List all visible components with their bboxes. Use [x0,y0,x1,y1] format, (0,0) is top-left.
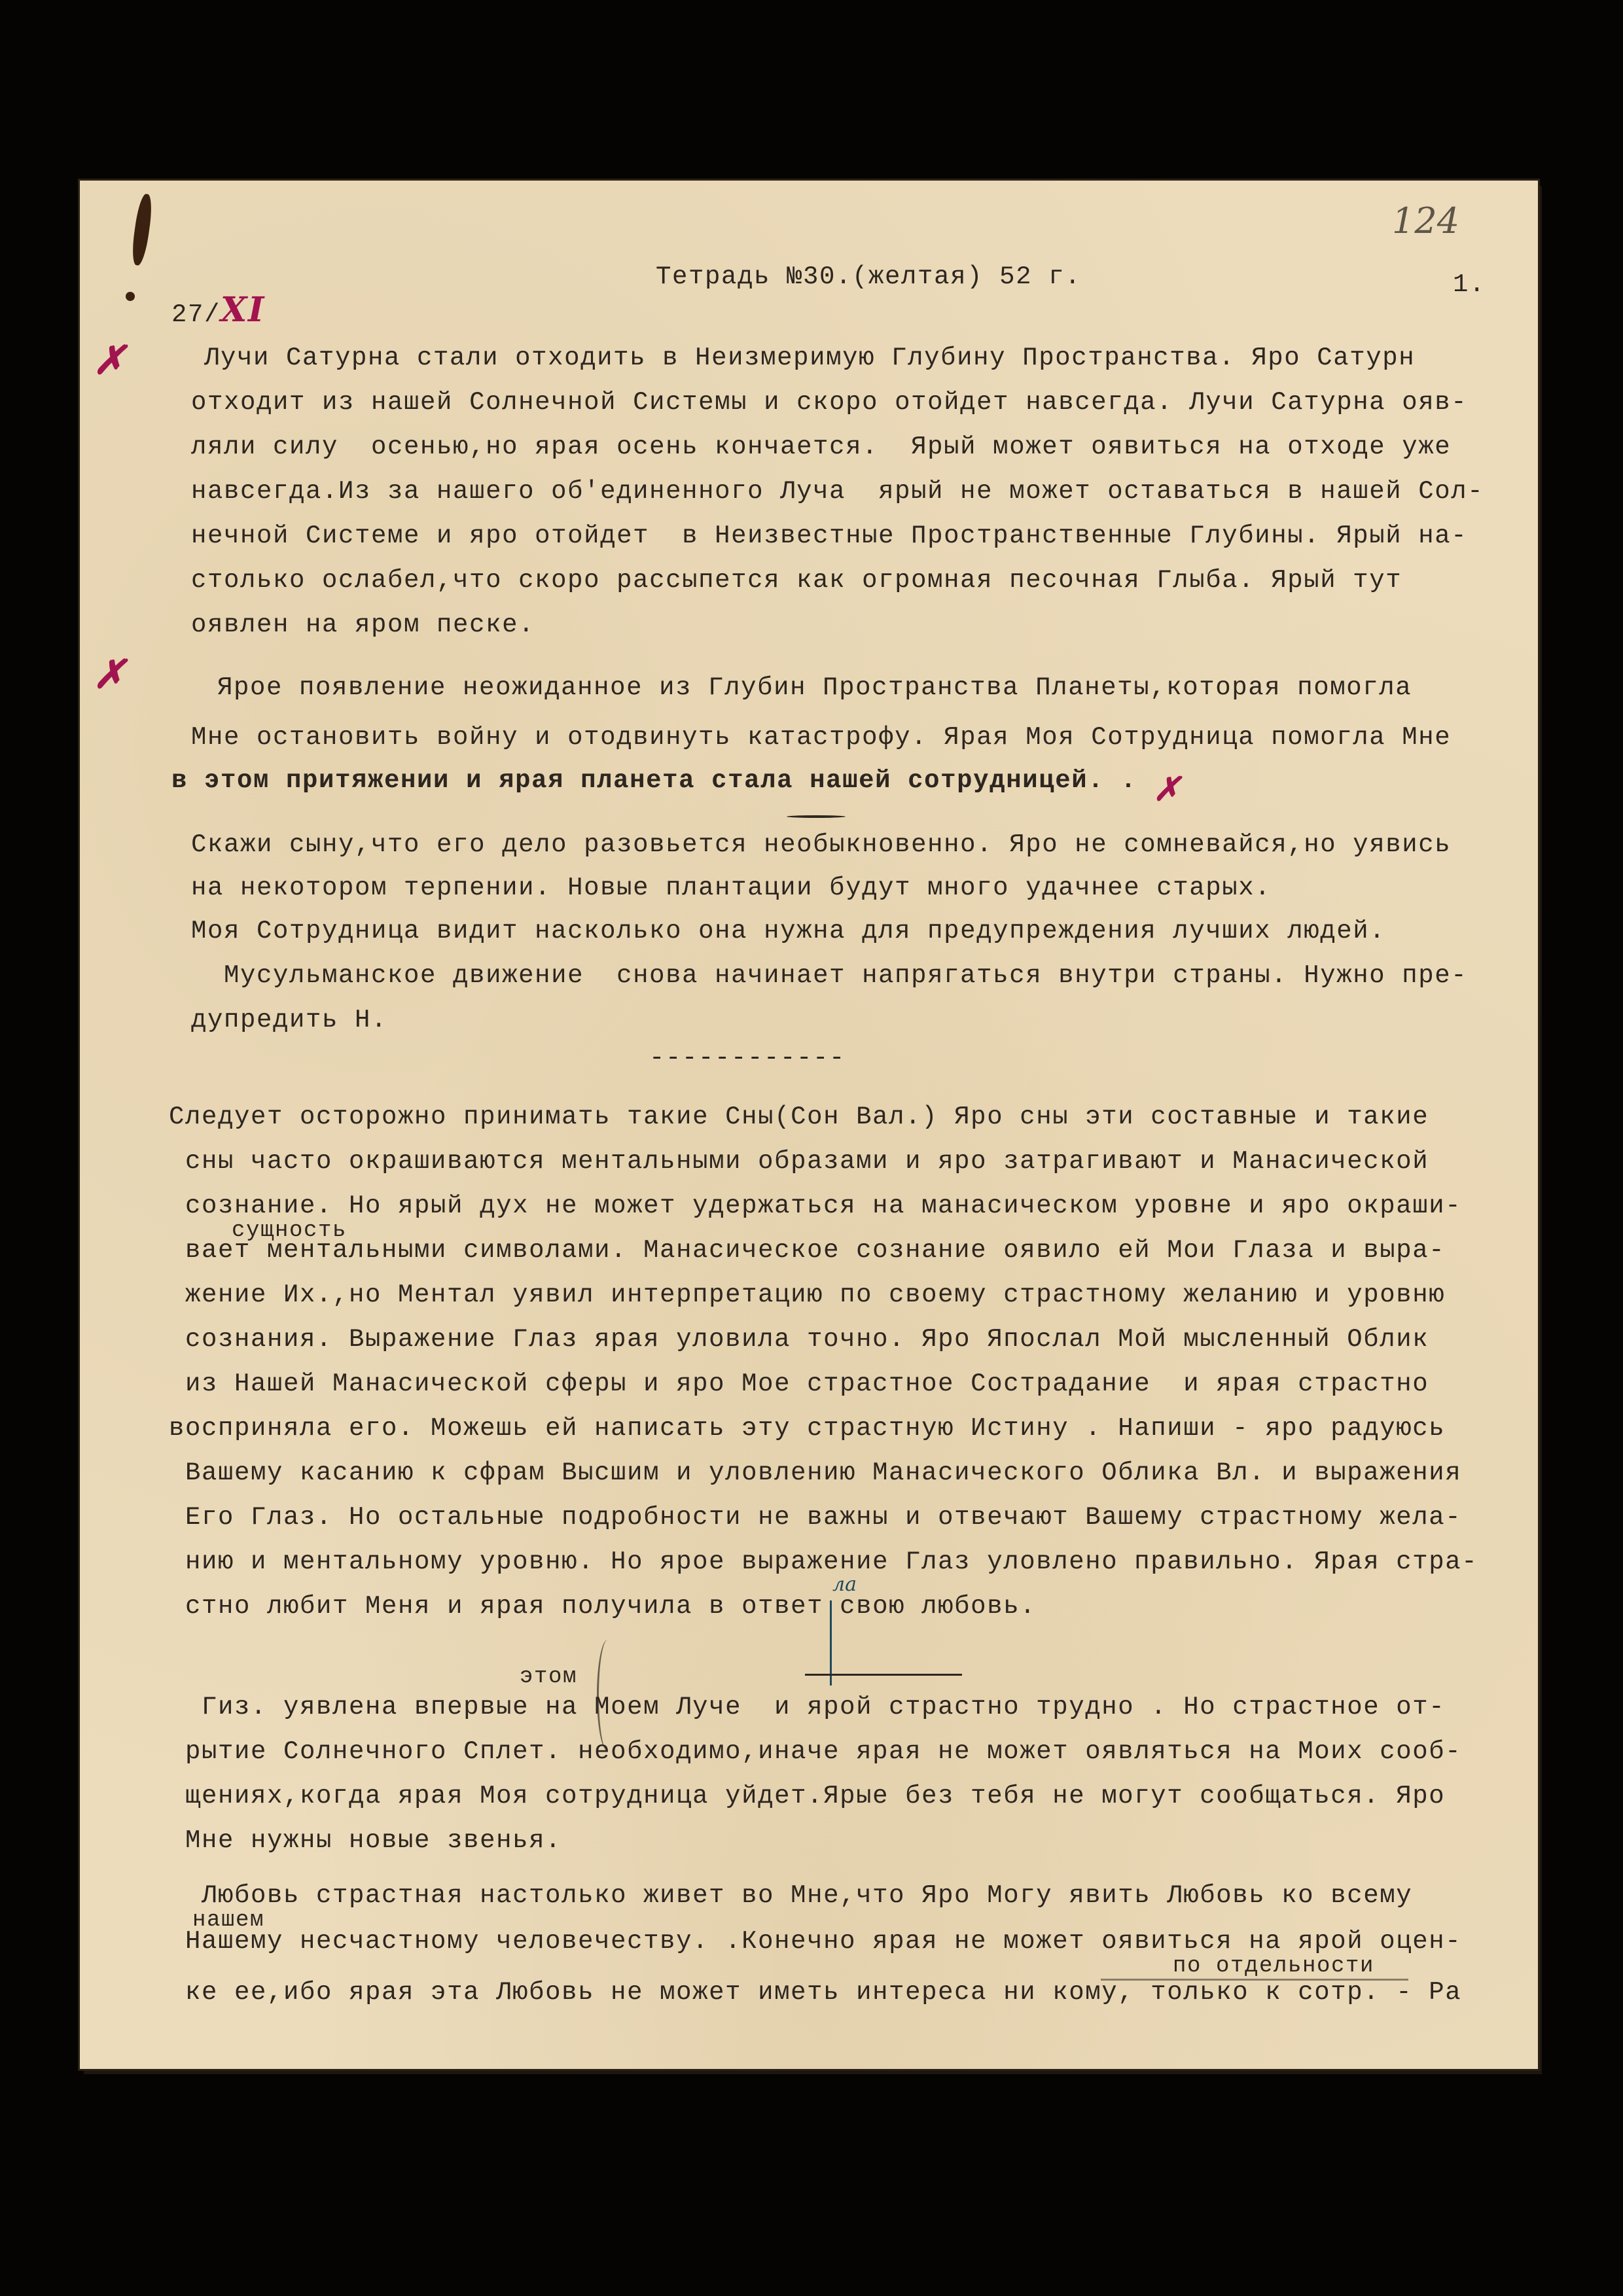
paragraph-3-line: на некотором терпении. Новые плантации б… [191,875,1271,901]
paragraph-1-line: навсегда.Из за нашего об'единенного Луча… [191,479,1484,504]
paragraph-4-line: восприняла его. Можешь ей написать эту с… [169,1416,1445,1441]
margin-cross-mark: ✗ [93,652,126,698]
date-correction: XI [221,290,265,330]
paragraph-6-line: ке ее,ибо ярая эта Любовь не может иметь… [169,1980,1461,2005]
paragraph-4-line: Его Глаз. Но остальные подробности не ва… [169,1505,1461,1530]
paragraph-3-line: Скажи сыну,что его дело разовьется необы… [191,832,1451,858]
paragraph-4-line: вает ментальными символами. Манасическое… [169,1238,1445,1263]
section-separator: ------------ [649,1046,846,1071]
blue-ink-stroke [830,1600,832,1686]
document-page: 124 Тетрадь №30.(желтая) 52 г. 1. 27/XI … [80,181,1538,2069]
paragraph-4-line: Следует осторожно принимать такие Сны(Со… [169,1104,1429,1130]
paragraph-1-line: Лучи Сатурна стали отходить в Неизмериму… [204,345,1415,371]
end-cross-mark: ✗ [1153,769,1181,808]
paragraph-4-line: из Нашей Манасической сферы и яро Мое ст… [169,1371,1429,1397]
paragraph-4-line: стно любит Меня и ярая получила в ответ … [169,1594,1036,1619]
paragraph-3-line: Моя Сотрудница видит насколько она нужна… [191,919,1385,944]
paragraph-2-line: в этом притяжении и ярая планета стала н… [171,768,1137,794]
section-separator-line [805,1674,962,1676]
paragraph-3-line: дупредить Н. [191,1008,387,1033]
paragraph-5-line: щениях,когда ярая Моя сотрудница уйдет.Я… [169,1784,1445,1809]
pencil-underline [1101,1979,1408,1981]
ink-dot [126,292,135,301]
paragraph-4-line: сны часто окрашиваются ментальными образ… [169,1149,1429,1174]
header-title: Тетрадь №30.(желтая) 52 г. [656,264,1081,290]
paragraph-5-line: Мне нужны новые звенья. [169,1828,562,1854]
interlinear-insert: по отдельности [1173,1955,1374,1977]
paragraph-4-line: Вашему касанию к сфрам Высшим и уловлени… [169,1460,1461,1486]
pencil-arc [787,815,846,818]
ink-stain [130,193,154,266]
paragraph-4-line: жение Их.,но Ментал уявил интерпретацию … [169,1282,1445,1308]
blue-ink-correction: ла [832,1573,857,1596]
paragraph-1-line: столько ослабел,что скоро рассыпется как… [191,568,1402,593]
entry-date: 27/XI [171,293,265,328]
margin-cross-mark: ✗ [93,338,126,383]
interlinear-insert: этом [520,1666,577,1688]
paragraph-3-line: Мусульманское движение снова начинает на… [191,963,1467,989]
paragraph-2-line: Мне остановить войну и отодвинуть катаст… [191,725,1451,751]
paragraph-1-line: нечной Системе и яро отойдет в Неизвестн… [191,523,1467,549]
paragraph-4-line: нию и ментальному уровню. Но ярое выраже… [169,1549,1478,1575]
paragraph-6-line: Любовь страстная настолько живет во Мне,… [169,1883,1412,1909]
page-number: 1. [1453,272,1486,298]
paragraph-5-line: рытие Солнечного Сплет. необходимо,иначе… [169,1739,1461,1765]
paragraph-5-line: Гиз. уявлена впервые на Моем Луче и ярой… [169,1695,1445,1720]
paragraph-1-line: ляли силу осенью,но ярая осень кончается… [191,434,1451,460]
paragraph-4-line: сознание. Но ярый дух не может удержатьс… [169,1193,1461,1219]
archive-number: 124 [1392,200,1459,241]
paragraph-4-line: сознания. Выражение Глаз ярая уловила то… [169,1327,1429,1352]
paragraph-1-line: оявлен на яром песке. [191,612,535,638]
paragraph-6-line: Нашему несчастному человечеству. .Конечн… [169,1929,1461,1954]
paragraph-2-line: Ярое появление неожиданное из Глубин Про… [217,675,1412,701]
paragraph-1-line: отходит из нашей Солнечной Системы и ско… [191,390,1467,415]
